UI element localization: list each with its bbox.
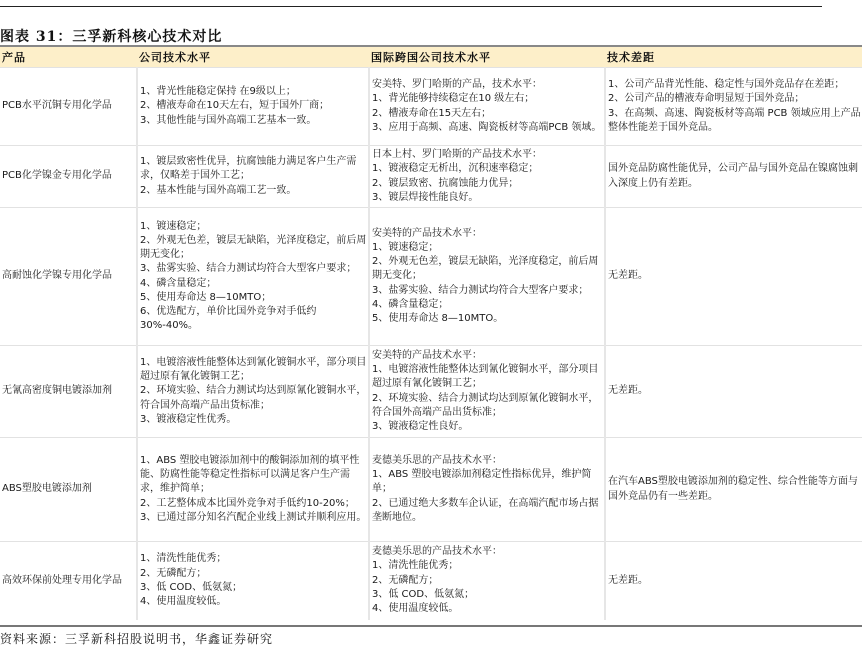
cell-line: 无差距。 — [608, 384, 861, 398]
figure-title: 图表 31：三孚新科核心技术对比 — [0, 26, 222, 46]
tech-comparison-table: 产品 公司技术水平 国际跨国公司技术水平 技术差距 PCB水平沉铜专用化学品1、… — [0, 47, 862, 620]
cell-line: 无差距。 — [608, 269, 861, 283]
cell-line: 1、背光能够持续稳定在10 级左右； — [372, 92, 603, 106]
table-row: PCB水平沉铜专用化学品1、背光性能稳定保持 在9级以上；2、槽液寿命在10天左… — [0, 68, 862, 146]
cell-line: 3、在高频、高速、陶瓷板材等高端 PCB 领域应用上产品整体性能差于国外竞品。 — [608, 107, 861, 135]
table-row: ABS塑胶电镀添加剂1、ABS 塑胶电镀添加剂中的酸铜添加剂的填平性能、防腐性能… — [0, 438, 862, 542]
cell-line: 2、环境实验、结合力测试均达到原氰化镀铜水平，符合国外高端产品出货标准； — [372, 392, 603, 420]
cell-line: 1、清洗性能优秀； — [372, 559, 603, 573]
cell-line: 安美特、罗门哈斯的产品，技术水平： — [372, 78, 603, 92]
cell-line: 3、应用于高频、高速、陶瓷板材等高端PCB 领域。 — [372, 121, 603, 135]
cell-line: 2、槽液寿命在10天左右，短于国外厂商； — [140, 99, 367, 113]
cell-line: 1、镀层致密性优异，抗腐蚀能力满足客户生产需求，仅略差于国外工艺； — [140, 155, 367, 183]
cell-product: PCB化学镍金专用化学品 — [0, 146, 137, 208]
cell-line: 1、清洗性能优秀； — [140, 552, 367, 566]
cell-company: 1、背光性能稳定保持 在9级以上；2、槽液寿命在10天左右，短于国外厂商；3、其… — [137, 68, 369, 146]
cell-line: 3、镀液稳定性良好。 — [372, 420, 603, 434]
cell-line: 2、基本性能与国外高端工艺一致。 — [140, 184, 367, 198]
header-tech-gap: 技术差距 — [605, 47, 862, 68]
cell-company: 1、清洗性能优秀；2、无磷配方；3、低 COD、低氨氮；4、使用温度较低。 — [137, 542, 369, 620]
cell-international: 安美特的产品技术水平：1、镀速稳定；2、外观无色差，镀层无缺陷，光泽度稳定，前后… — [369, 208, 605, 346]
source-note: 资料来源：三孚新科招股说明书，华鑫证券研究 — [0, 630, 273, 647]
cell-line: 2、镀层致密、抗腐蚀能力优异； — [372, 177, 603, 191]
cell-line: 1、镀速稳定； — [372, 241, 603, 255]
cell-line: 2、公司产品的槽液寿命明显短于国外竞品； — [608, 92, 861, 106]
cell-line: 6、优选配方，单价比国外竞争对手低约30%-40%。 — [140, 305, 367, 333]
cell-line: 1、电镀溶液性能整体达到氰化镀铜水平，部分项目超过原有氰化镀铜工艺； — [372, 363, 603, 391]
cell-gap: 无差距。 — [605, 346, 862, 438]
cell-line: 2、外观无色差，镀层无缺陷，光泽度稳定，前后周期无变化； — [140, 234, 367, 262]
cell-product: 高效环保前处理专用化学品 — [0, 542, 137, 620]
cell-line: 2、环境实验、结合力测试均达到原氰化镀铜水平，符合国外高端产品出货标准； — [140, 384, 367, 412]
cell-gap: 无差距。 — [605, 208, 862, 346]
table-row: 无氰高密度铜电镀添加剂1、电镀溶液性能整体达到氰化镀铜水平，部分项目超过原有氰化… — [0, 346, 862, 438]
cell-line: 3、镀层焊接性能良好。 — [372, 191, 603, 205]
cell-line: 3、低 COD、低氨氮； — [372, 588, 603, 602]
cell-line: 3、镀液稳定性优秀。 — [140, 413, 367, 427]
header-company-tech: 公司技术水平 — [137, 47, 369, 68]
cell-line: 1、公司产品背光性能、稳定性与国外竞品存在差距； — [608, 78, 861, 92]
cell-company: 1、镀层致密性优异，抗腐蚀能力满足客户生产需求，仅略差于国外工艺；2、基本性能与… — [137, 146, 369, 208]
cell-line: 2、已通过绝大多数车企认证，在高端汽配市场占据垄断地位。 — [372, 497, 603, 525]
header-product: 产品 — [0, 47, 137, 68]
cell-line: 安美特的产品技术水平： — [372, 227, 603, 241]
cell-product: 无氰高密度铜电镀添加剂 — [0, 346, 137, 438]
cell-international: 安美特、罗门哈斯的产品，技术水平：1、背光能够持续稳定在10 级左右；2、槽液寿… — [369, 68, 605, 146]
cell-line: 2、槽液寿命在15天左右； — [372, 107, 603, 121]
cell-line: 3、其他性能与国外高端工艺基本一致。 — [140, 114, 367, 128]
cell-gap: 1、公司产品背光性能、稳定性与国外竞品存在差距；2、公司产品的槽液寿命明显短于国… — [605, 68, 862, 146]
cell-line: 3、低 COD、低氨氮； — [140, 581, 367, 595]
cell-line: 4、使用温度较低。 — [372, 602, 603, 616]
cell-international: 麦德美乐思的产品技术水平：1、清洗性能优秀；2、无磷配方；3、低 COD、低氨氮… — [369, 542, 605, 620]
table-row: 高效环保前处理专用化学品1、清洗性能优秀；2、无磷配方；3、低 COD、低氨氮；… — [0, 542, 862, 620]
table-header-row: 产品 公司技术水平 国际跨国公司技术水平 技术差距 — [0, 47, 862, 68]
cell-company: 1、镀速稳定；2、外观无色差，镀层无缺陷，光泽度稳定，前后周期无变化；3、盐雾实… — [137, 208, 369, 346]
cell-line: 在汽车ABS塑胶电镀添加剂的稳定性、综合性能等方面与国外竞品仍有一些差距。 — [608, 475, 861, 503]
table-row: PCB化学镍金专用化学品1、镀层致密性优异，抗腐蚀能力满足客户生产需求，仅略差于… — [0, 146, 862, 208]
cell-line: 4、磷含量稳定； — [140, 277, 367, 291]
cell-international: 日本上村、罗门哈斯的产品技术水平：1、镀液稳定无析出，沉积速率稳定；2、镀层致密… — [369, 146, 605, 208]
cell-company: 1、ABS 塑胶电镀添加剂中的酸铜添加剂的填平性能、防腐性能等稳定性指标可以满足… — [137, 438, 369, 542]
cell-line: 5、使用寿命达 8—10MTO。 — [372, 312, 603, 326]
cell-product: PCB水平沉铜专用化学品 — [0, 68, 137, 146]
cell-product: 高耐蚀化学镍专用化学品 — [0, 208, 137, 346]
cell-line: 3、盐雾实验、结合力测试均符合大型客户要求； — [140, 262, 367, 276]
bottom-rule — [0, 625, 862, 627]
cell-line: 日本上村、罗门哈斯的产品技术水平： — [372, 148, 603, 162]
cell-line: 1、镀速稳定； — [140, 220, 367, 234]
cell-line: 1、ABS 塑胶电镀添加剂中的酸铜添加剂的填平性能、防腐性能等稳定性指标可以满足… — [140, 454, 367, 497]
cell-line: 国外竞品防腐性能优异，公司产品与国外竞品在镍腐蚀刺入深度上仍有差距。 — [608, 162, 861, 190]
cell-line: 麦德美乐思的产品技术水平： — [372, 545, 603, 559]
cell-gap: 在汽车ABS塑胶电镀添加剂的稳定性、综合性能等方面与国外竞品仍有一些差距。 — [605, 438, 862, 542]
cell-line: 1、背光性能稳定保持 在9级以上； — [140, 85, 367, 99]
cell-company: 1、电镀溶液性能整体达到氰化镀铜水平，部分项目超过原有氰化镀铜工艺；2、环境实验… — [137, 346, 369, 438]
cell-line: 4、磷含量稳定； — [372, 298, 603, 312]
cell-line: 4、使用温度较低。 — [140, 595, 367, 609]
cell-international: 麦德美乐思的产品技术水平：1、ABS 塑胶电镀添加剂稳定性指标优异，维护简单；2… — [369, 438, 605, 542]
cell-line: 1、电镀溶液性能整体达到氰化镀铜水平，部分项目超过原有氰化镀铜工艺； — [140, 356, 367, 384]
cell-line: 2、无磷配方； — [140, 567, 367, 581]
cell-line: 2、外观无色差，镀层无缺陷，光泽度稳定，前后周期无变化； — [372, 255, 603, 283]
cell-line: 2、无磷配方； — [372, 574, 603, 588]
cell-line: 2、工艺整体成本比国外竞争对手低约10-20%； — [140, 497, 367, 511]
cell-line: 无差距。 — [608, 574, 861, 588]
cell-line: 1、镀液稳定无析出，沉积速率稳定； — [372, 162, 603, 176]
cell-product: ABS塑胶电镀添加剂 — [0, 438, 137, 542]
header-international-tech: 国际跨国公司技术水平 — [369, 47, 605, 68]
cell-line: 麦德美乐思的产品技术水平： — [372, 454, 603, 468]
cell-line: 3、盐雾实验、结合力测试均符合大型客户要求； — [372, 284, 603, 298]
cell-line: 安美特的产品技术水平： — [372, 349, 603, 363]
table-row: 高耐蚀化学镍专用化学品1、镀速稳定；2、外观无色差，镀层无缺陷，光泽度稳定，前后… — [0, 208, 862, 346]
cell-gap: 无差距。 — [605, 542, 862, 620]
cell-line: 5、使用寿命达 8—10MTO； — [140, 291, 367, 305]
cell-international: 安美特的产品技术水平：1、电镀溶液性能整体达到氰化镀铜水平，部分项目超过原有氰化… — [369, 346, 605, 438]
cell-line: 1、ABS 塑胶电镀添加剂稳定性指标优异，维护简单； — [372, 468, 603, 496]
top-rule — [0, 6, 822, 7]
cell-gap: 国外竞品防腐性能优异，公司产品与国外竞品在镍腐蚀刺入深度上仍有差距。 — [605, 146, 862, 208]
cell-line: 3、已通过部分知名汽配企业线上测试并顺利应用。 — [140, 511, 367, 525]
